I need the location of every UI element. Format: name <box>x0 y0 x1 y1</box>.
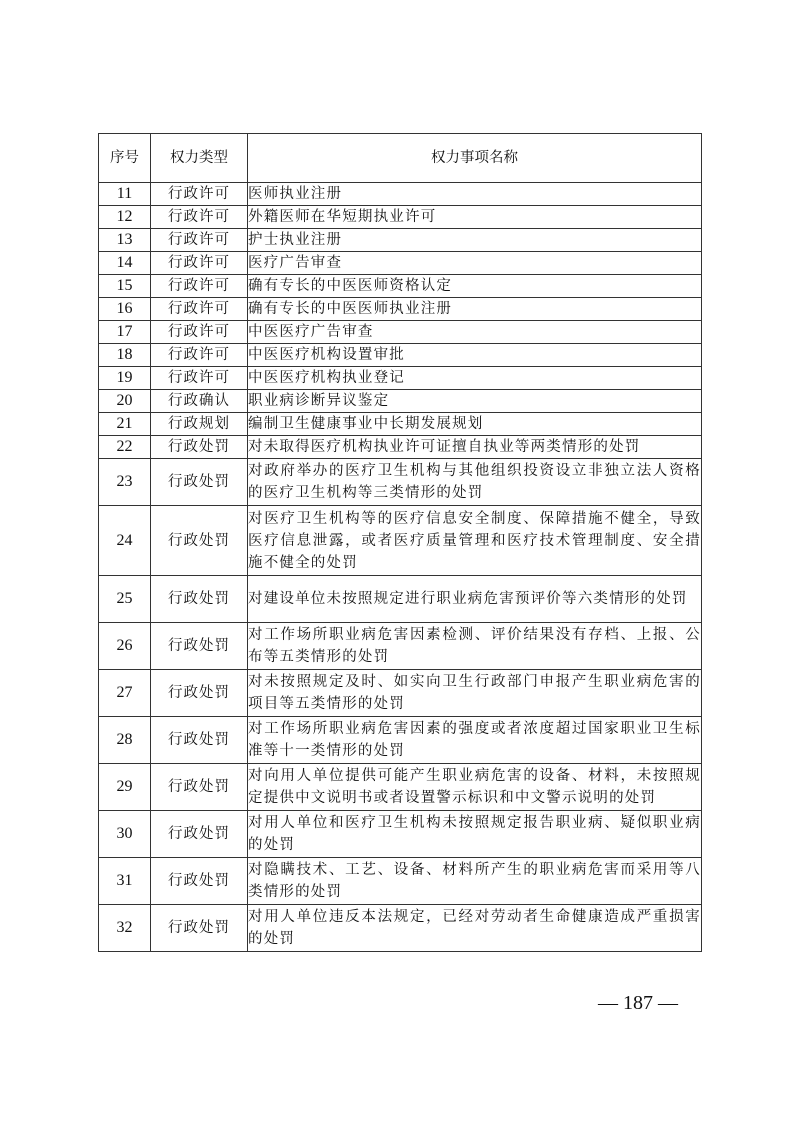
row-num: 30 <box>99 811 151 858</box>
row-type: 行政规划 <box>151 413 248 436</box>
table-row: 16行政许可确有专长的中医医师执业注册 <box>99 298 702 321</box>
row-name: 确有专长的中医医师资格认定 <box>248 275 702 298</box>
row-name: 外籍医师在华短期执业许可 <box>248 206 702 229</box>
row-name: 对隐瞒技术、工艺、设备、材料所产生的职业病危害而采用等八类情形的处罚 <box>248 858 702 905</box>
table-header-row: 序号 权力类型 权力事项名称 <box>99 134 702 183</box>
row-num: 31 <box>99 858 151 905</box>
row-num: 11 <box>99 183 151 206</box>
row-type: 行政许可 <box>151 252 248 275</box>
row-num: 17 <box>99 321 151 344</box>
table-row: 11行政许可医师执业注册 <box>99 183 702 206</box>
row-num: 21 <box>99 413 151 436</box>
page-number: — 187 — <box>598 992 678 1015</box>
row-name: 职业病诊断异议鉴定 <box>248 390 702 413</box>
row-num: 14 <box>99 252 151 275</box>
row-num: 15 <box>99 275 151 298</box>
row-name: 医师执业注册 <box>248 183 702 206</box>
row-type: 行政许可 <box>151 229 248 252</box>
row-num: 22 <box>99 436 151 459</box>
row-type: 行政处罚 <box>151 670 248 717</box>
row-num: 23 <box>99 459 151 506</box>
header-name: 权力事项名称 <box>248 134 702 183</box>
table-row: 30行政处罚对用人单位和医疗卫生机构未按照规定报告职业病、疑似职业病的处罚 <box>99 811 702 858</box>
row-name: 医疗广告审查 <box>248 252 702 275</box>
table-row: 28行政处罚对工作场所职业病危害因素的强度或者浓度超过国家职业卫生标准等十一类情… <box>99 717 702 764</box>
row-num: 32 <box>99 905 151 952</box>
table-row: 25行政处罚对建设单位未按照规定进行职业病危害预评价等六类情形的处罚 <box>99 576 702 623</box>
row-type: 行政许可 <box>151 367 248 390</box>
table-row: 12行政许可外籍医师在华短期执业许可 <box>99 206 702 229</box>
row-num: 27 <box>99 670 151 717</box>
row-name: 对建设单位未按照规定进行职业病危害预评价等六类情形的处罚 <box>248 576 702 623</box>
row-name: 对政府举办的医疗卫生机构与其他组织投资设立非独立法人资格的医疗卫生机构等三类情形… <box>248 459 702 506</box>
table-row: 17行政许可中医医疗广告审查 <box>99 321 702 344</box>
power-items-table: 序号 权力类型 权力事项名称 11行政许可医师执业注册12行政许可外籍医师在华短… <box>98 133 702 952</box>
row-type: 行政处罚 <box>151 623 248 670</box>
table-row: 21行政规划编制卫生健康事业中长期发展规划 <box>99 413 702 436</box>
table-row: 24行政处罚对医疗卫生机构等的医疗信息安全制度、保障措施不健全，导致医疗信息泄露… <box>99 506 702 576</box>
row-num: 18 <box>99 344 151 367</box>
row-type: 行政处罚 <box>151 717 248 764</box>
row-type: 行政许可 <box>151 298 248 321</box>
row-type: 行政许可 <box>151 344 248 367</box>
table-row: 32行政处罚对用人单位违反本法规定，已经对劳动者生命健康造成严重损害的处罚 <box>99 905 702 952</box>
table-row: 26行政处罚对工作场所职业病危害因素检测、评价结果没有存档、上报、公布等五类情形… <box>99 623 702 670</box>
table-row: 19行政许可中医医疗机构执业登记 <box>99 367 702 390</box>
row-name: 确有专长的中医医师执业注册 <box>248 298 702 321</box>
row-type: 行政许可 <box>151 275 248 298</box>
row-type: 行政处罚 <box>151 905 248 952</box>
row-type: 行政处罚 <box>151 436 248 459</box>
row-type: 行政许可 <box>151 183 248 206</box>
table-row: 18行政许可中医医疗机构设置审批 <box>99 344 702 367</box>
row-type: 行政处罚 <box>151 764 248 811</box>
row-type: 行政处罚 <box>151 506 248 576</box>
table-row: 20行政确认职业病诊断异议鉴定 <box>99 390 702 413</box>
row-name: 对未取得医疗机构执业许可证擅自执业等两类情形的处罚 <box>248 436 702 459</box>
row-name: 护士执业注册 <box>248 229 702 252</box>
row-name: 对工作场所职业病危害因素的强度或者浓度超过国家职业卫生标准等十一类情形的处罚 <box>248 717 702 764</box>
row-num: 25 <box>99 576 151 623</box>
table-row: 22行政处罚对未取得医疗机构执业许可证擅自执业等两类情形的处罚 <box>99 436 702 459</box>
table-row: 23行政处罚对政府举办的医疗卫生机构与其他组织投资设立非独立法人资格的医疗卫生机… <box>99 459 702 506</box>
row-num: 28 <box>99 717 151 764</box>
row-num: 24 <box>99 506 151 576</box>
row-num: 29 <box>99 764 151 811</box>
row-name: 对用人单位违反本法规定，已经对劳动者生命健康造成严重损害的处罚 <box>248 905 702 952</box>
row-type: 行政许可 <box>151 206 248 229</box>
header-type: 权力类型 <box>151 134 248 183</box>
row-num: 16 <box>99 298 151 321</box>
row-type: 行政处罚 <box>151 811 248 858</box>
row-num: 12 <box>99 206 151 229</box>
row-name: 中医医疗机构设置审批 <box>248 344 702 367</box>
table-row: 15行政许可确有专长的中医医师资格认定 <box>99 275 702 298</box>
row-name: 中医医疗机构执业登记 <box>248 367 702 390</box>
row-type: 行政处罚 <box>151 576 248 623</box>
row-type: 行政许可 <box>151 321 248 344</box>
table-row: 31行政处罚对隐瞒技术、工艺、设备、材料所产生的职业病危害而采用等八类情形的处罚 <box>99 858 702 905</box>
table-row: 13行政许可护士执业注册 <box>99 229 702 252</box>
row-num: 20 <box>99 390 151 413</box>
row-name: 中医医疗广告审查 <box>248 321 702 344</box>
table-row: 29行政处罚对向用人单位提供可能产生职业病危害的设备、材料，未按照规定提供中文说… <box>99 764 702 811</box>
table-row: 27行政处罚对未按照规定及时、如实向卫生行政部门申报产生职业病危害的项目等五类情… <box>99 670 702 717</box>
table-row: 14行政许可医疗广告审查 <box>99 252 702 275</box>
row-name: 编制卫生健康事业中长期发展规划 <box>248 413 702 436</box>
row-name: 对用人单位和医疗卫生机构未按照规定报告职业病、疑似职业病的处罚 <box>248 811 702 858</box>
row-num: 26 <box>99 623 151 670</box>
row-num: 19 <box>99 367 151 390</box>
row-type: 行政确认 <box>151 390 248 413</box>
row-type: 行政处罚 <box>151 459 248 506</box>
row-num: 13 <box>99 229 151 252</box>
header-num: 序号 <box>99 134 151 183</box>
row-type: 行政处罚 <box>151 858 248 905</box>
row-name: 对医疗卫生机构等的医疗信息安全制度、保障措施不健全，导致医疗信息泄露，或者医疗质… <box>248 506 702 576</box>
row-name: 对未按照规定及时、如实向卫生行政部门申报产生职业病危害的项目等五类情形的处罚 <box>248 670 702 717</box>
row-name: 对工作场所职业病危害因素检测、评价结果没有存档、上报、公布等五类情形的处罚 <box>248 623 702 670</box>
row-name: 对向用人单位提供可能产生职业病危害的设备、材料，未按照规定提供中文说明书或者设置… <box>248 764 702 811</box>
